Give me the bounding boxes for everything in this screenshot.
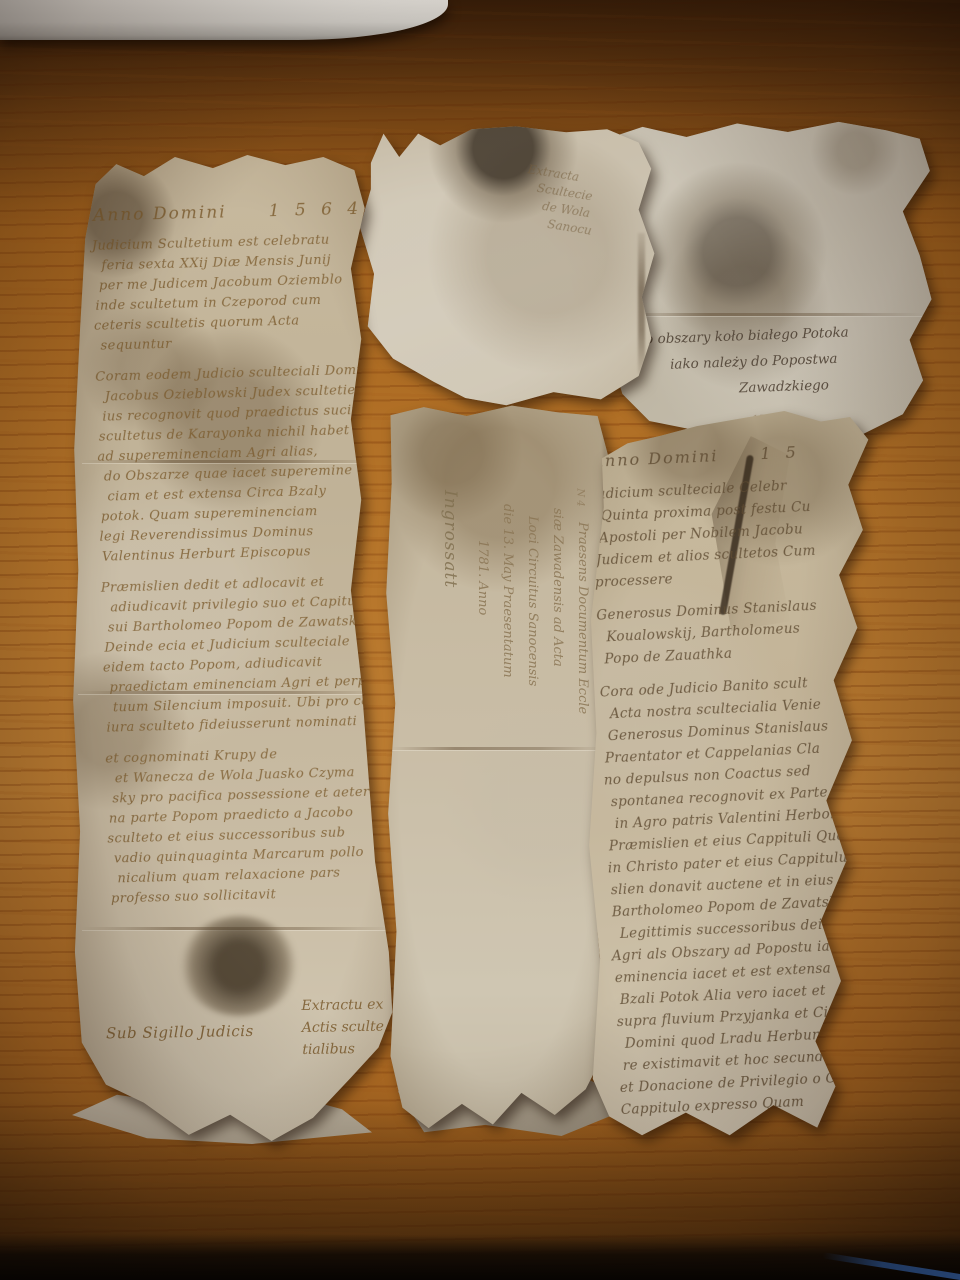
footer-sub-sigillo: Sub Sigillo Judicis	[106, 1022, 254, 1065]
text-line: Extractu ex	[301, 994, 383, 1017]
left-manuscript-heading: Anno Domini 1 5 6 4	[93, 198, 375, 225]
fold-crease	[638, 233, 645, 373]
text-line: Actis sculte	[302, 1016, 384, 1039]
white-machine-edge	[0, 0, 448, 40]
rotated-docket-text: Praesens Documentum Eccle siæ Zawadensis…	[410, 480, 595, 1025]
heading-text: Anno Domini	[93, 202, 227, 225]
text-line: 1781. Anno	[470, 540, 495, 1025]
table-edge-shadow	[0, 1234, 960, 1280]
signature: Ingrossatt	[437, 490, 462, 1025]
photo-of-manuscripts: Anno Domini 1 5 6 4 Judicium Scultetium …	[0, 0, 960, 1280]
text-line: tialibus	[302, 1038, 384, 1061]
right-manuscript-sheet: Anno Domini 1 5 Judicium sculteciale Cel…	[580, 402, 945, 1154]
left-paragraph-1: Judicium Scultetium est celebratuferia s…	[94, 229, 379, 356]
right-manuscript: Anno Domini 1 5 Judicium sculteciale Cel…	[580, 402, 945, 1154]
heading-text: Anno Domini	[591, 445, 719, 473]
right-paragraph-1: Judicium sculteciale CelebrQuinta proxim…	[592, 471, 883, 594]
right-paragraph-2: Generosus Dominus StanislausKoualowskij,…	[598, 592, 887, 671]
left-paragraph-3: Præmislien dedit et adlocavit etadiudica…	[103, 571, 389, 738]
faint-inscription: ExtractaSculteciede WolaSanocu	[518, 161, 645, 247]
left-manuscript-sheet: Anno Domini 1 5 6 4 Judicium Scultetium …	[68, 148, 413, 1153]
text-line: Zawadzkiego	[738, 369, 909, 401]
footer-extract-note: Extractu exActis scultetialibus	[301, 994, 384, 1061]
left-manuscript-text: Anno Domini 1 5 6 4 Judicium Scultetium …	[93, 198, 393, 909]
left-manuscript: Anno Domini 1 5 6 4 Judicium Scultetium …	[68, 148, 413, 1153]
right-paragraph-3: Cora ode Judicio Banito scultActa nostra…	[601, 669, 907, 1122]
left-manuscript-footer: Sub Sigillo Judicis Extractu exActis scu…	[105, 994, 384, 1065]
heading-year: 1 5	[760, 441, 801, 465]
text-line: die 13. May Praesentatum	[495, 504, 520, 1025]
left-paragraph-2: Coram eodem Judicio sculteciali DomingJa…	[97, 360, 384, 567]
heading-year: 1 5 6 4	[268, 199, 363, 221]
right-manuscript-text: Anno Domini 1 5 Judicium sculteciale Cel…	[591, 438, 907, 1121]
text-line: Loci Circuitus Sanocensis	[520, 516, 545, 1025]
right-manuscript-heading: Anno Domini 1 5	[591, 438, 878, 473]
left-paragraph-4: et cognominati Krupy deet Wanecza de Wol…	[107, 742, 393, 909]
text-line: siæ Zawadensis ad Acta	[545, 508, 570, 1025]
polish-note: o obszary koło białego Potokaiako należy…	[645, 317, 910, 404]
